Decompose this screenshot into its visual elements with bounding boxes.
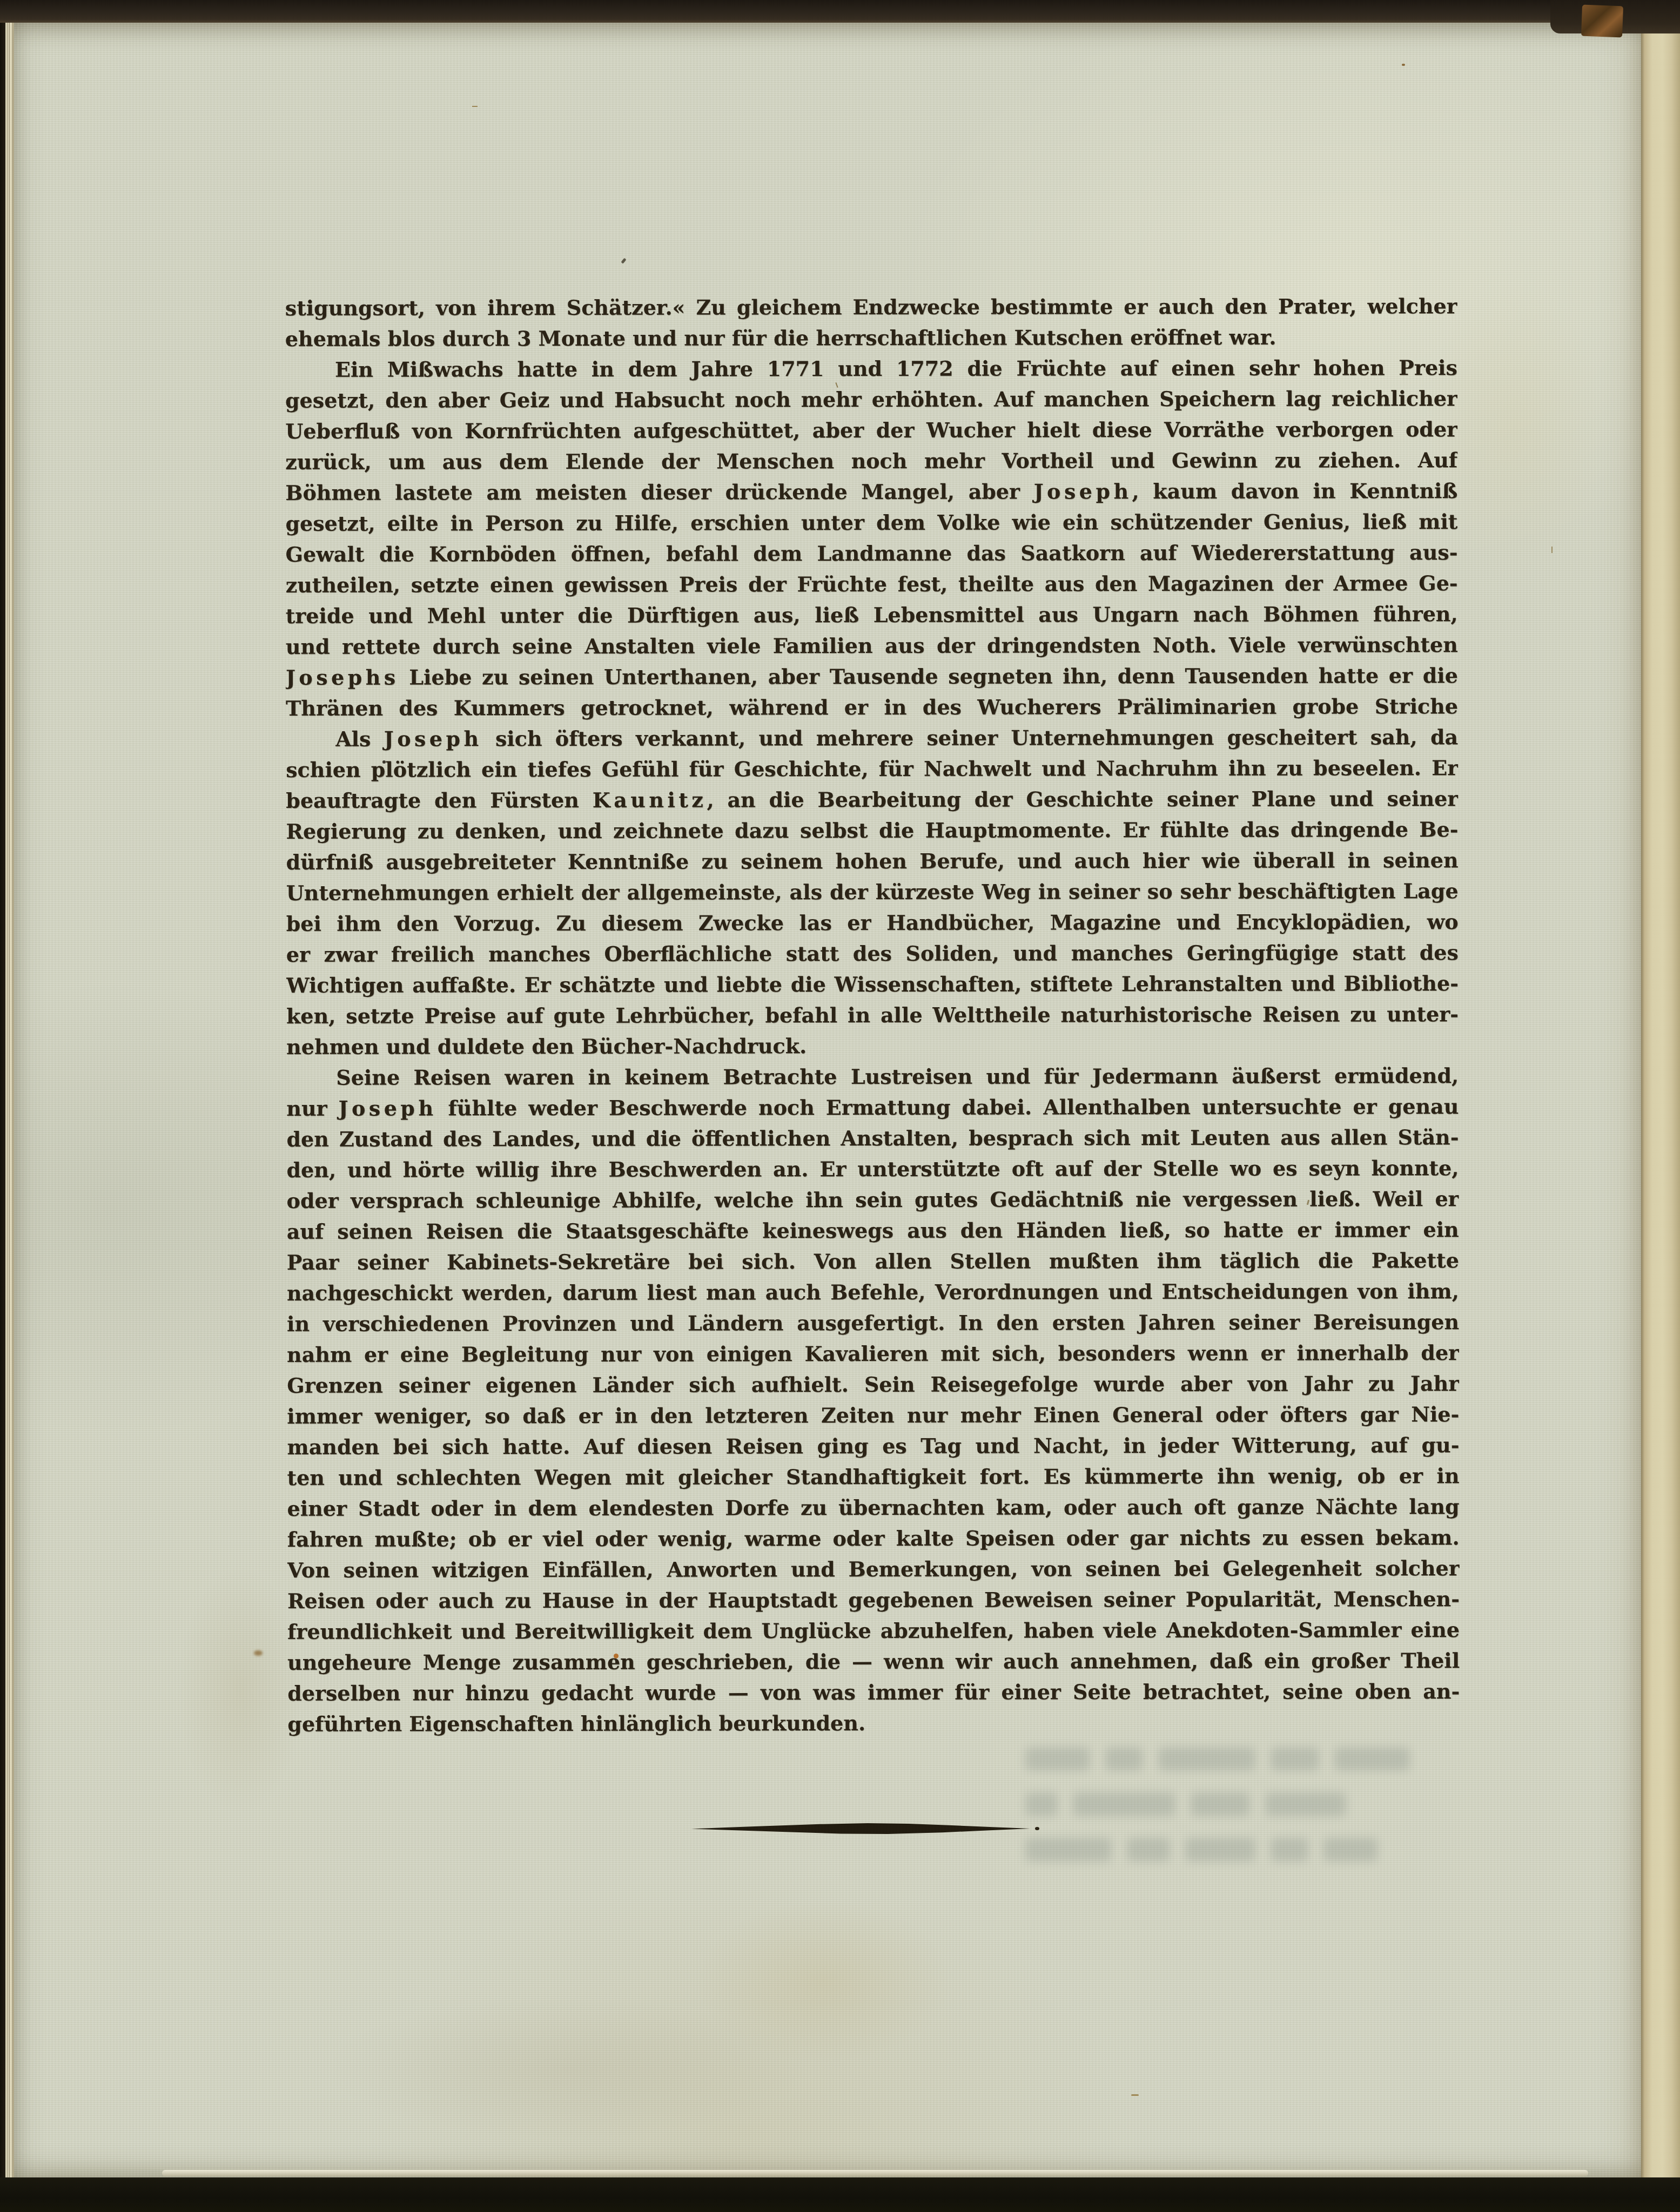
text-line: Gewalt die Kornböden öffnen, befahl dem …	[285, 537, 1457, 570]
text-line: auf seinen Reisen die Staatsgeschäfte ke…	[287, 1214, 1459, 1247]
text-line: nehmen und duldete den Bücher-Nachdruck.	[286, 1029, 1459, 1062]
text-line: Böhmen lastete am meisten dieser drücken…	[285, 475, 1457, 508]
text-line: ten und schlechten Wegen mit gleicher St…	[287, 1460, 1459, 1493]
text-line: nahm er eine Begleitung nur von einigen …	[287, 1337, 1459, 1370]
text-line: Grenzen seiner eigenen Länder sich aufhi…	[287, 1368, 1459, 1401]
text-line: geführten Eigenschaften hinlänglich beur…	[287, 1707, 1460, 1739]
text-line: und rettete durch seine Anstalten viele …	[286, 629, 1458, 662]
text-line: Thränen des Kummers getrocknet, während …	[286, 691, 1458, 724]
text-line: Von seinen witzigen Einfällen, Anworten …	[287, 1553, 1460, 1586]
book-scan: { "document": { "language": "de", "scrip…	[0, 0, 1680, 2212]
text-line: Ein Mißwachs hatte in dem Jahre 1771 und…	[285, 352, 1457, 385]
text-line: den, und hörte willig ihre Beschwerden a…	[286, 1152, 1459, 1185]
text-line: schien plötzlich ein tiefes Gefühl für G…	[286, 752, 1458, 785]
text-line: er zwar freilich manches Oberflächliche …	[286, 937, 1459, 970]
text-line: Regierung zu denken, und zeichnete dazu …	[286, 814, 1458, 847]
text-line: freundlichkeit und Bereitwilligkeit dem …	[287, 1614, 1460, 1647]
text-line: ehemals blos durch 3 Monate und nur für …	[285, 321, 1457, 354]
text-line: Seine Reisen waren in keinem Betrachte L…	[286, 1060, 1459, 1093]
bleedthrough-text	[1025, 1747, 1452, 1901]
text-line: nur Joseph fühlte weder Beschwerde noch …	[286, 1091, 1459, 1124]
text-line: Josephs Liebe zu seinen Unterthanen, abe…	[286, 660, 1458, 693]
section-divider-dot	[1035, 1827, 1039, 1830]
paragraph: stigungsort, von ihrem Schätzer.« Zu gle…	[285, 291, 1457, 354]
scan-background-top	[0, 0, 1680, 23]
text-line: Ueberfluß von Kornfrüchten aufgeschüttet…	[285, 414, 1457, 447]
text-line: in verschiedenen Provinzen und Ländern a…	[287, 1306, 1459, 1339]
text-line: ken, setzte Preise auf gute Lehrbücher, …	[286, 999, 1459, 1031]
stacked-page-edges	[5, 17, 14, 2177]
text-line: beauftragte den Fürsten Kaunitz, an die …	[286, 783, 1458, 816]
text-line: Wichtigen auffaßte. Er schätzte und lieb…	[286, 968, 1459, 1001]
text-line: derselben nur hinzu gedacht wurde — von …	[287, 1676, 1460, 1709]
scan-background-left	[0, 0, 5, 2212]
text-block: stigungsort, von ihrem Schätzer.« Zu gle…	[285, 291, 1460, 1739]
paragraph: Seine Reisen waren in keinem Betrachte L…	[286, 1060, 1460, 1739]
text-line: Reisen oder auch zu Hause in der Hauptst…	[287, 1583, 1460, 1616]
text-line: manden bei sich hatte. Auf diesen Reisen…	[287, 1429, 1459, 1462]
text-line: zutheilen, setzte einen gewissen Preis d…	[286, 568, 1458, 601]
text-line: gesetzt, den aber Geiz und Habsucht noch…	[285, 383, 1457, 416]
paragraph: Als Joseph sich öfters verkannt, und meh…	[286, 721, 1459, 1062]
text-line: bei ihm den Vorzug. Zu diesem Zwecke las…	[286, 906, 1459, 939]
text-line: Als Joseph sich öfters verkannt, und meh…	[286, 721, 1458, 754]
text-line: stigungsort, von ihrem Schätzer.« Zu gle…	[285, 291, 1457, 323]
text-line: einer Stadt oder in dem elendesten Dorfe…	[287, 1491, 1460, 1524]
text-line: zurück, um aus dem Elende der Menschen n…	[285, 444, 1457, 477]
text-line: nachgeschickt werden, darum liest man au…	[287, 1276, 1459, 1309]
adjacent-page-edge	[1641, 0, 1680, 2212]
text-line: gesetzt, eilte in Person zu Hilfe, ersch…	[285, 506, 1457, 539]
page-bottom-edge-highlight	[162, 2170, 1588, 2176]
scan-background-bottom	[0, 2177, 1680, 2212]
text-line: den Zustand des Landes, und die öffentli…	[286, 1122, 1459, 1155]
binding-patch	[1581, 5, 1623, 38]
text-line: fahren mußte; ob er viel oder wenig, war…	[287, 1522, 1460, 1555]
text-line: immer weniger, so daß er in den letztere…	[287, 1399, 1459, 1432]
text-line: ungeheure Menge zusammen geschrieben, di…	[287, 1645, 1460, 1678]
text-line: treide und Mehl unter die Dürftigen aus,…	[286, 598, 1458, 631]
text-line: oder versprach schleunige Abhilfe, welch…	[287, 1183, 1459, 1216]
text-line: Paar seiner Kabinets-Sekretäre bei sich.…	[287, 1245, 1459, 1278]
text-line: dürfniß ausgebreiteter Kenntniße zu sein…	[286, 845, 1458, 878]
paragraph: Ein Mißwachs hatte in dem Jahre 1771 und…	[285, 352, 1458, 724]
text-line: Unternehmungen erhielt der allgemeinste,…	[286, 875, 1459, 908]
